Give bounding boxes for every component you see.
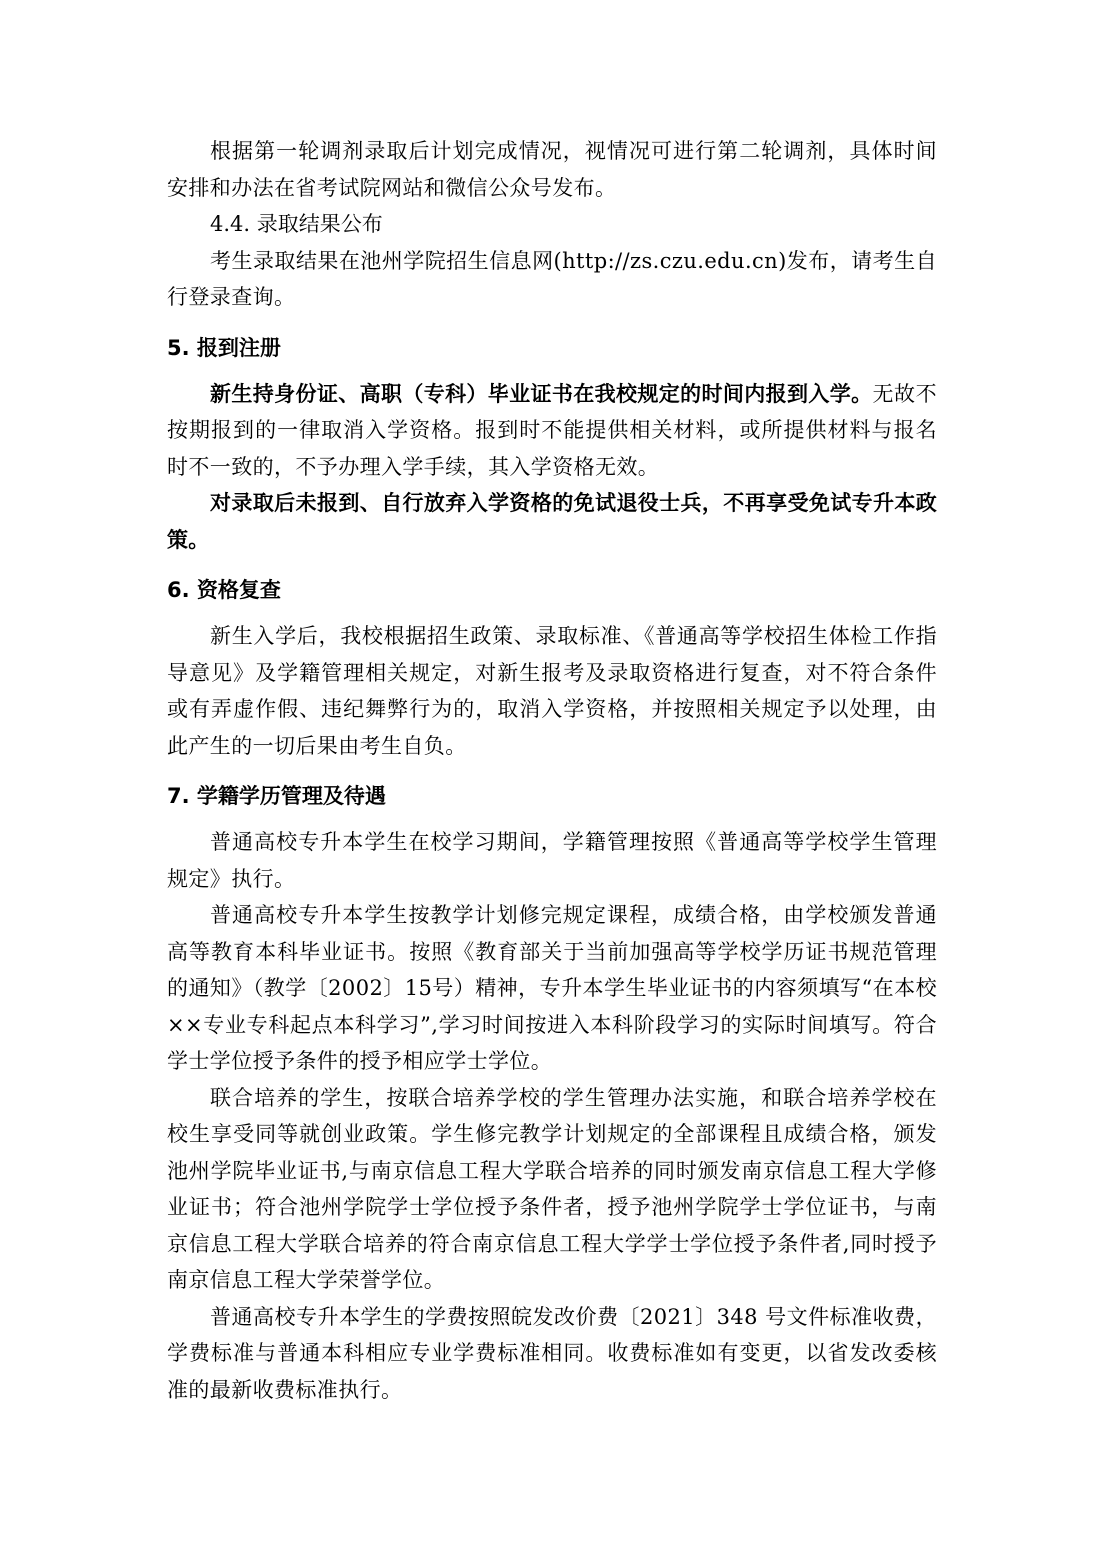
paragraph-admission-results: 考生录取结果在池州学院招生信息网(http://zs.czu.edu.cn)发布…	[167, 243, 937, 316]
subheading-admission-results: 4.4. 录取结果公布	[167, 206, 937, 243]
paragraph-second-round-adjustment: 根据第一轮调剂录取后计划完成情况，视情况可进行第二轮调剂，具体时间安排和办法在省…	[167, 133, 937, 206]
heading-registration: 5. 报到注册	[167, 316, 937, 376]
paragraph-graduation-certificate: 普通高校专升本学生按教学计划修完规定课程，成绩合格，由学校颁发普通高等教育本科毕…	[167, 897, 937, 1080]
paragraph-veteran-policy: 对录取后未报到、自行放弃入学资格的免试退役士兵，不再享受免试专升本政策。	[167, 485, 937, 558]
document-page: 根据第一轮调剂录取后计划完成情况，视情况可进行第二轮调剂，具体时间安排和办法在省…	[167, 133, 937, 1408]
paragraph-registration: 新生持身份证、高职（专科）毕业证书在我校规定的时间内报到入学。无故不按期报到的一…	[167, 376, 937, 486]
paragraph-tuition-fees: 普通高校专升本学生的学费按照皖发改价费〔2021〕348 号文件标准收费，学费标…	[167, 1299, 937, 1409]
paragraph-student-status: 普通高校专升本学生在校学习期间，学籍管理按照《普通高等学校学生管理规定》执行。	[167, 824, 937, 897]
paragraph-qualification-review: 新生入学后，我校根据招生政策、录取标准、《普通高等学校招生体检工作指导意见》及学…	[167, 618, 937, 764]
heading-student-status-management: 7. 学籍学历管理及待遇	[167, 764, 937, 824]
paragraph-joint-training: 联合培养的学生，按联合培养学校的学生管理办法实施，和联合培养学校在校生享受同等就…	[167, 1080, 937, 1299]
heading-qualification-review: 6. 资格复查	[167, 558, 937, 618]
bold-registration-requirement: 新生持身份证、高职（专科）毕业证书在我校规定的时间内报到入学。	[210, 382, 872, 406]
